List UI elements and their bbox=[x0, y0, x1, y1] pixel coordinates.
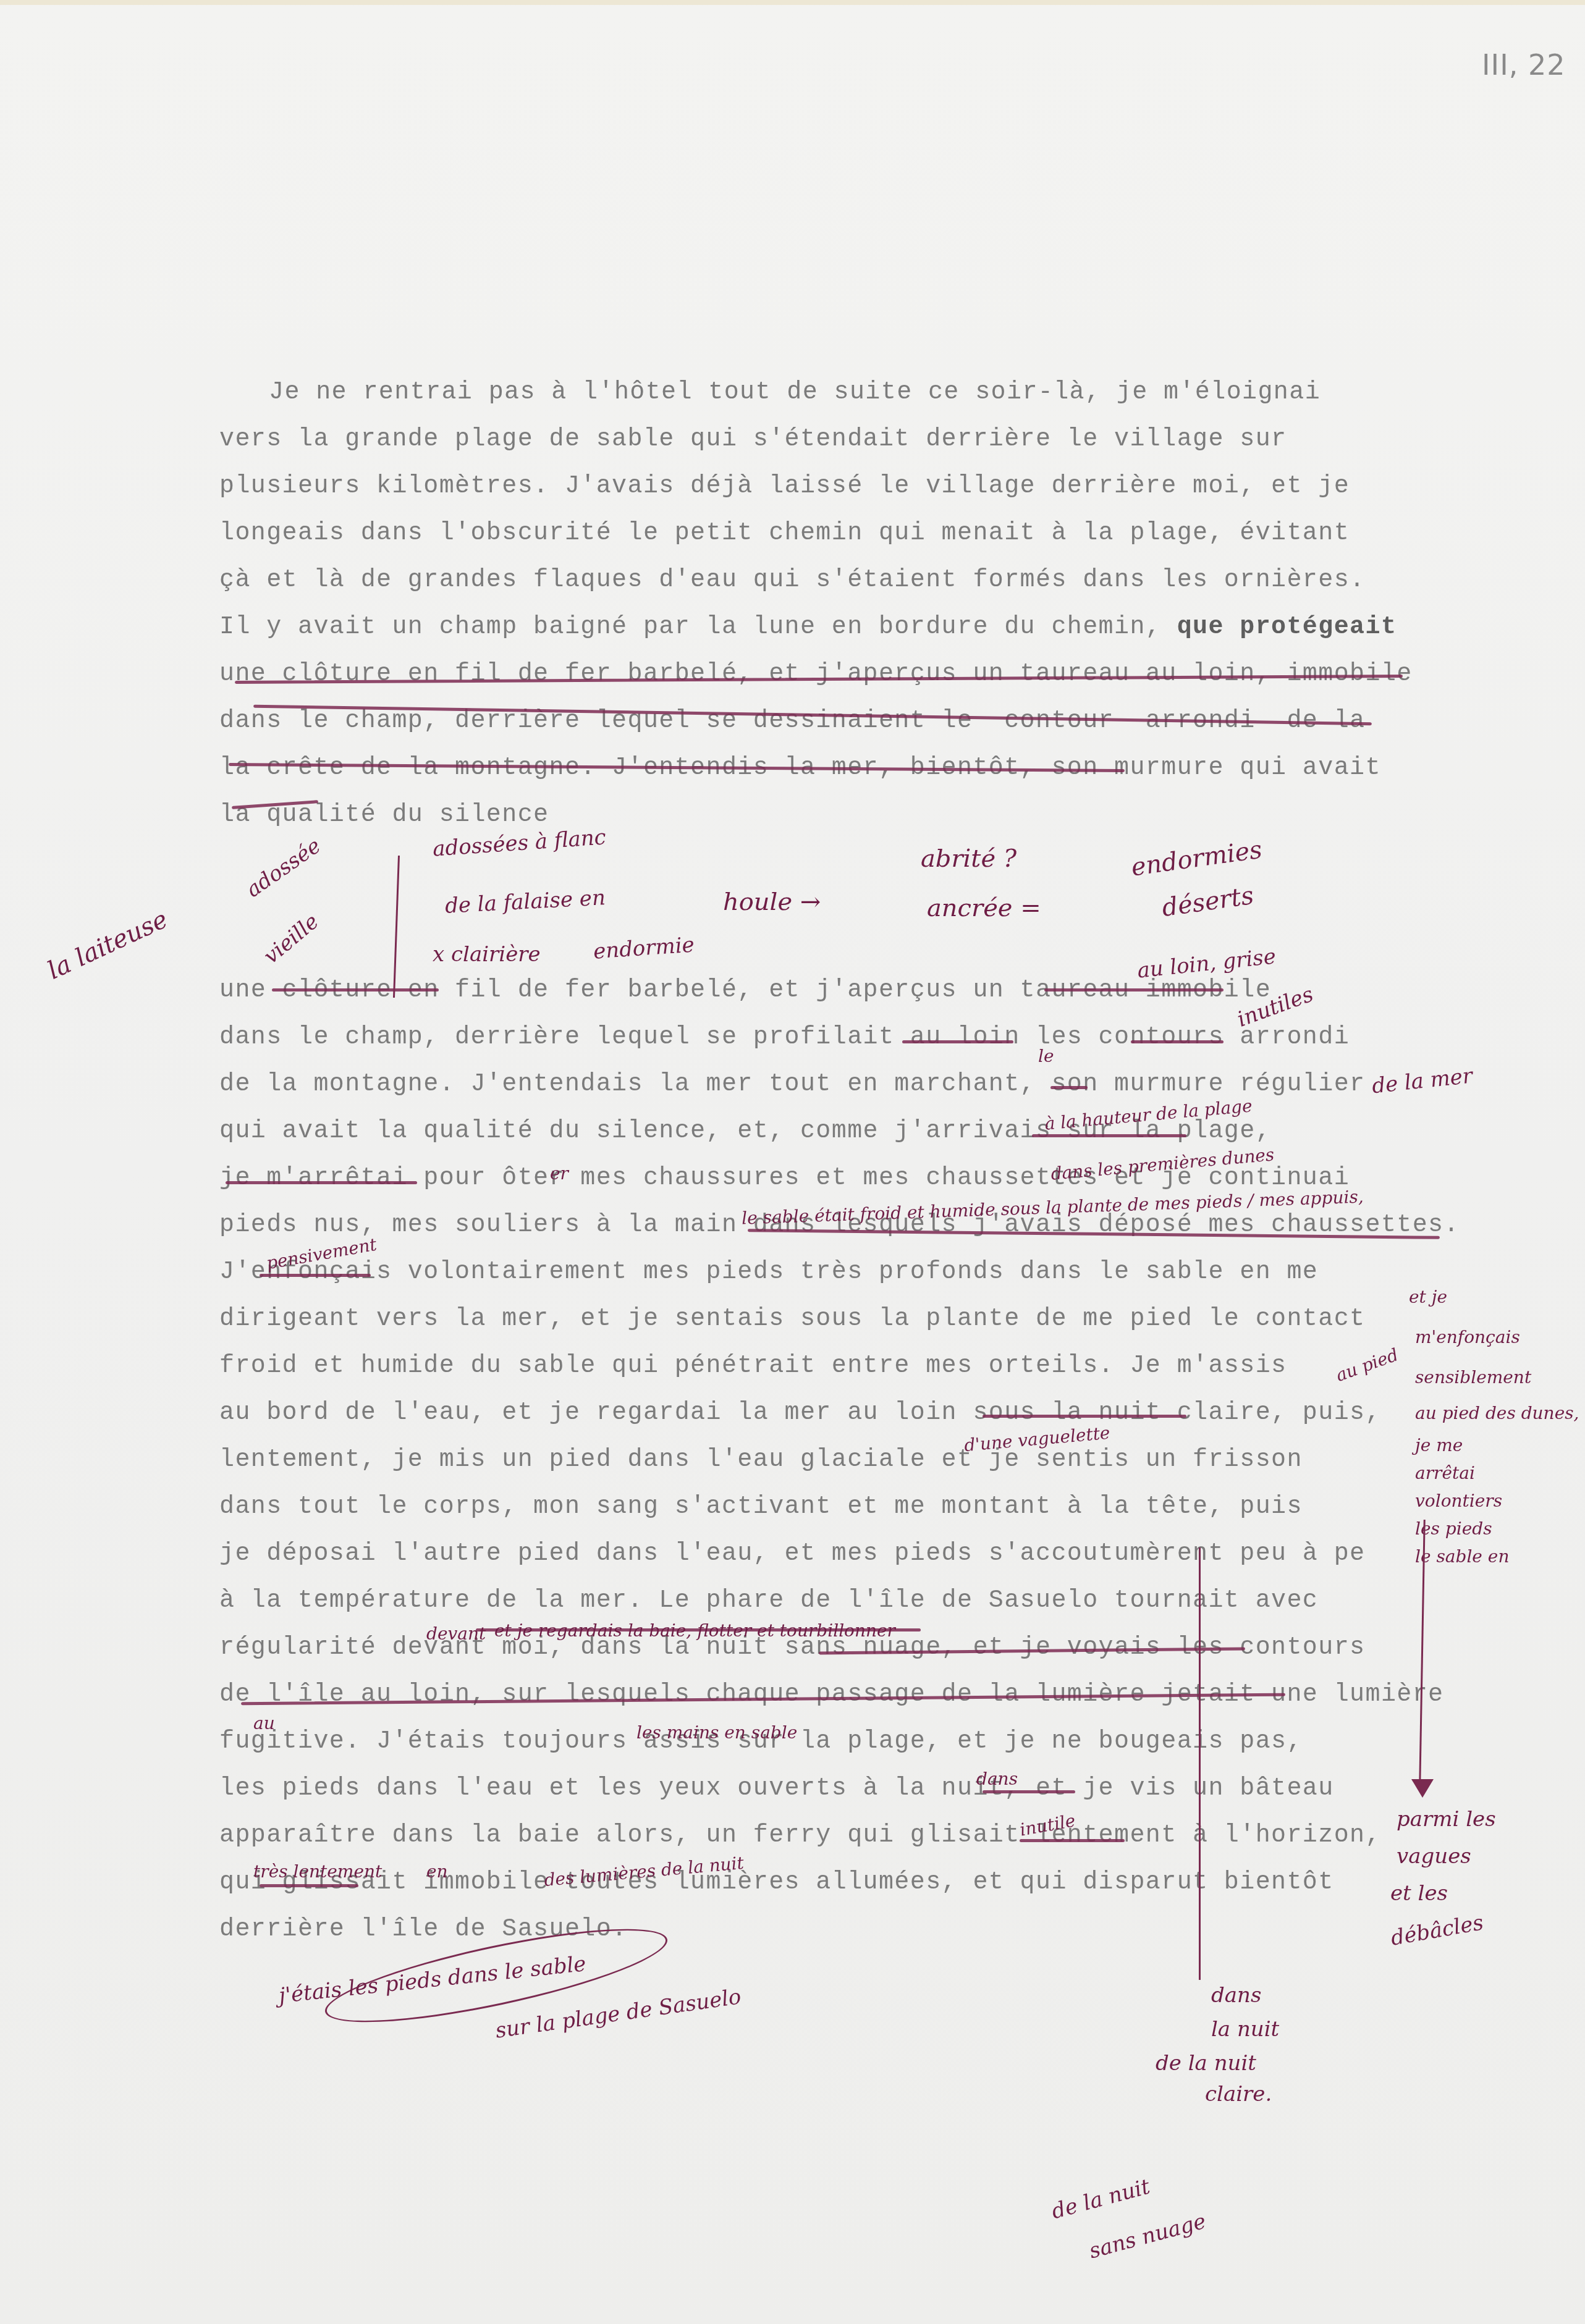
strikethrough-line bbox=[226, 1181, 417, 1184]
typed-line: dans le champ, derrière lequel se profil… bbox=[219, 1023, 1350, 1053]
handwritten-note: déserts bbox=[1160, 883, 1255, 920]
handwritten-note: et je bbox=[1409, 1285, 1447, 1310]
handwritten-note: de la mer bbox=[1371, 1064, 1474, 1099]
handwritten-note: x clairière bbox=[433, 942, 541, 967]
handwritten-vertical-line bbox=[1199, 1547, 1201, 1980]
handwritten-note: adossées à flanc bbox=[432, 825, 607, 861]
handwritten-note: de la nuit bbox=[1049, 2175, 1153, 2225]
handwritten-note: vieille bbox=[259, 909, 324, 969]
strikethrough-line bbox=[1044, 988, 1224, 991]
handwritten-note: en bbox=[426, 1859, 448, 1884]
typed-line: je déposai l'autre pied dans l'eau, et m… bbox=[219, 1539, 1366, 1569]
arrow-down-icon bbox=[1411, 1779, 1434, 1798]
handwritten-note: dans bbox=[976, 1767, 1018, 1791]
typed-line: froid et humide du sable qui pénétrait e… bbox=[219, 1352, 1287, 1381]
handwritten-note: la nuit bbox=[1211, 2017, 1279, 2042]
handwritten-note: m'enfonçais bbox=[1415, 1325, 1520, 1350]
strikethrough-line bbox=[983, 1415, 1186, 1418]
handwritten-note: les pieds bbox=[1415, 1517, 1492, 1541]
handwritten-note: ancrée = bbox=[927, 896, 1041, 920]
typed-insert-bold: que protégeait bbox=[1177, 613, 1397, 641]
typed-line: à la température de la mer. Le phare de … bbox=[219, 1586, 1318, 1616]
handwritten-note: endormie bbox=[593, 932, 695, 964]
handwritten-note: endormies bbox=[1130, 837, 1264, 880]
typed-line: lentement, je mis un pied dans l'eau gla… bbox=[219, 1446, 1303, 1475]
typed-line-struck: une clôture en fil de fer barbelé, et j'… bbox=[219, 660, 1413, 689]
typed-line: au bord de l'eau, et je regardai la mer … bbox=[219, 1399, 1381, 1428]
strikethrough-line bbox=[1131, 1040, 1224, 1043]
handwritten-note: er bbox=[550, 1161, 568, 1186]
handwritten-note: devant bbox=[426, 1622, 486, 1646]
typed-text: Il y avait un champ baigné par la lune e… bbox=[219, 613, 1161, 641]
handwritten-note: claire. bbox=[1205, 2082, 1272, 2107]
handwritten-note: houle → bbox=[723, 890, 821, 914]
handwritten-note: au bbox=[253, 1711, 275, 1736]
handwritten-note: le bbox=[1038, 1044, 1054, 1069]
typed-line: apparaître dans la baie alors, un ferry … bbox=[219, 1821, 1381, 1851]
manuscript-page: III, 22 Je ne rentrai pas à l'hôtel tout… bbox=[0, 0, 1585, 2324]
handwritten-note: de la nuit bbox=[1156, 2051, 1256, 2076]
typed-line: J'enfonçais volontairement mes pieds trè… bbox=[219, 1258, 1318, 1287]
typed-line: longeais dans l'obscurité le petit chemi… bbox=[219, 519, 1350, 549]
handwritten-note: adossée bbox=[242, 833, 326, 903]
handwritten-note: le sable en bbox=[1415, 1544, 1509, 1569]
typed-line: plusieurs kilomètres. J'avais déjà laiss… bbox=[219, 472, 1350, 502]
strikethrough-line bbox=[272, 988, 439, 991]
typed-line: de la montagne. J'entendais la mer tout … bbox=[219, 1070, 1366, 1100]
handwritten-note: la laiteuse bbox=[44, 907, 171, 983]
typed-line: Je ne rentrai pas à l'hôtel tout de suit… bbox=[269, 378, 1321, 408]
handwritten-note: et les bbox=[1390, 1881, 1448, 1906]
handwritten-note: et je regardais la baie, flotter et tour… bbox=[494, 1619, 895, 1643]
handwritten-note: sensiblement bbox=[1415, 1365, 1531, 1390]
page-number: III, 22 bbox=[1482, 48, 1565, 82]
handwritten-note: parmi les bbox=[1397, 1807, 1496, 1832]
strikethrough-line bbox=[260, 1884, 358, 1887]
typed-line: çà et là de grandes flaques d'eau qui s'… bbox=[219, 566, 1366, 596]
handwritten-note: au pied des dunes, bbox=[1415, 1401, 1579, 1426]
handwritten-note: abrité ? bbox=[921, 846, 1017, 871]
typed-line: dirigeant vers la mer, et je sentais sou… bbox=[219, 1305, 1366, 1334]
handwritten-note: volontiers bbox=[1415, 1489, 1502, 1514]
handwritten-note: les mains en sable bbox=[636, 1720, 797, 1745]
typed-line: Il y avait un champ baigné par la lune e… bbox=[219, 613, 1397, 642]
strikethrough-line bbox=[902, 1040, 1013, 1043]
handwritten-note: arrêtai bbox=[1415, 1461, 1475, 1486]
handwritten-note: très lentement bbox=[253, 1859, 382, 1884]
paper-top-edge bbox=[0, 0, 1585, 5]
handwritten-note: de la falaise en bbox=[444, 885, 606, 919]
handwritten-note: au pied bbox=[1332, 1342, 1401, 1388]
typed-line: les pieds dans l'eau et les yeux ouverts… bbox=[219, 1774, 1334, 1804]
handwritten-note: dans bbox=[1211, 1983, 1261, 2008]
handwritten-note: je me bbox=[1415, 1433, 1463, 1458]
handwritten-note: débâcles bbox=[1389, 1910, 1486, 1951]
typed-line: dans tout le corps, mon sang s'activant … bbox=[219, 1492, 1303, 1522]
typed-line: vers la grande plage de sable qui s'éten… bbox=[219, 425, 1287, 455]
strikethrough-line bbox=[1050, 1086, 1088, 1089]
handwritten-note: sans nuage bbox=[1086, 2209, 1209, 2264]
typed-line: qui glissait immobile toutes lumières al… bbox=[219, 1868, 1334, 1898]
handwritten-note: vagues bbox=[1397, 1844, 1471, 1869]
